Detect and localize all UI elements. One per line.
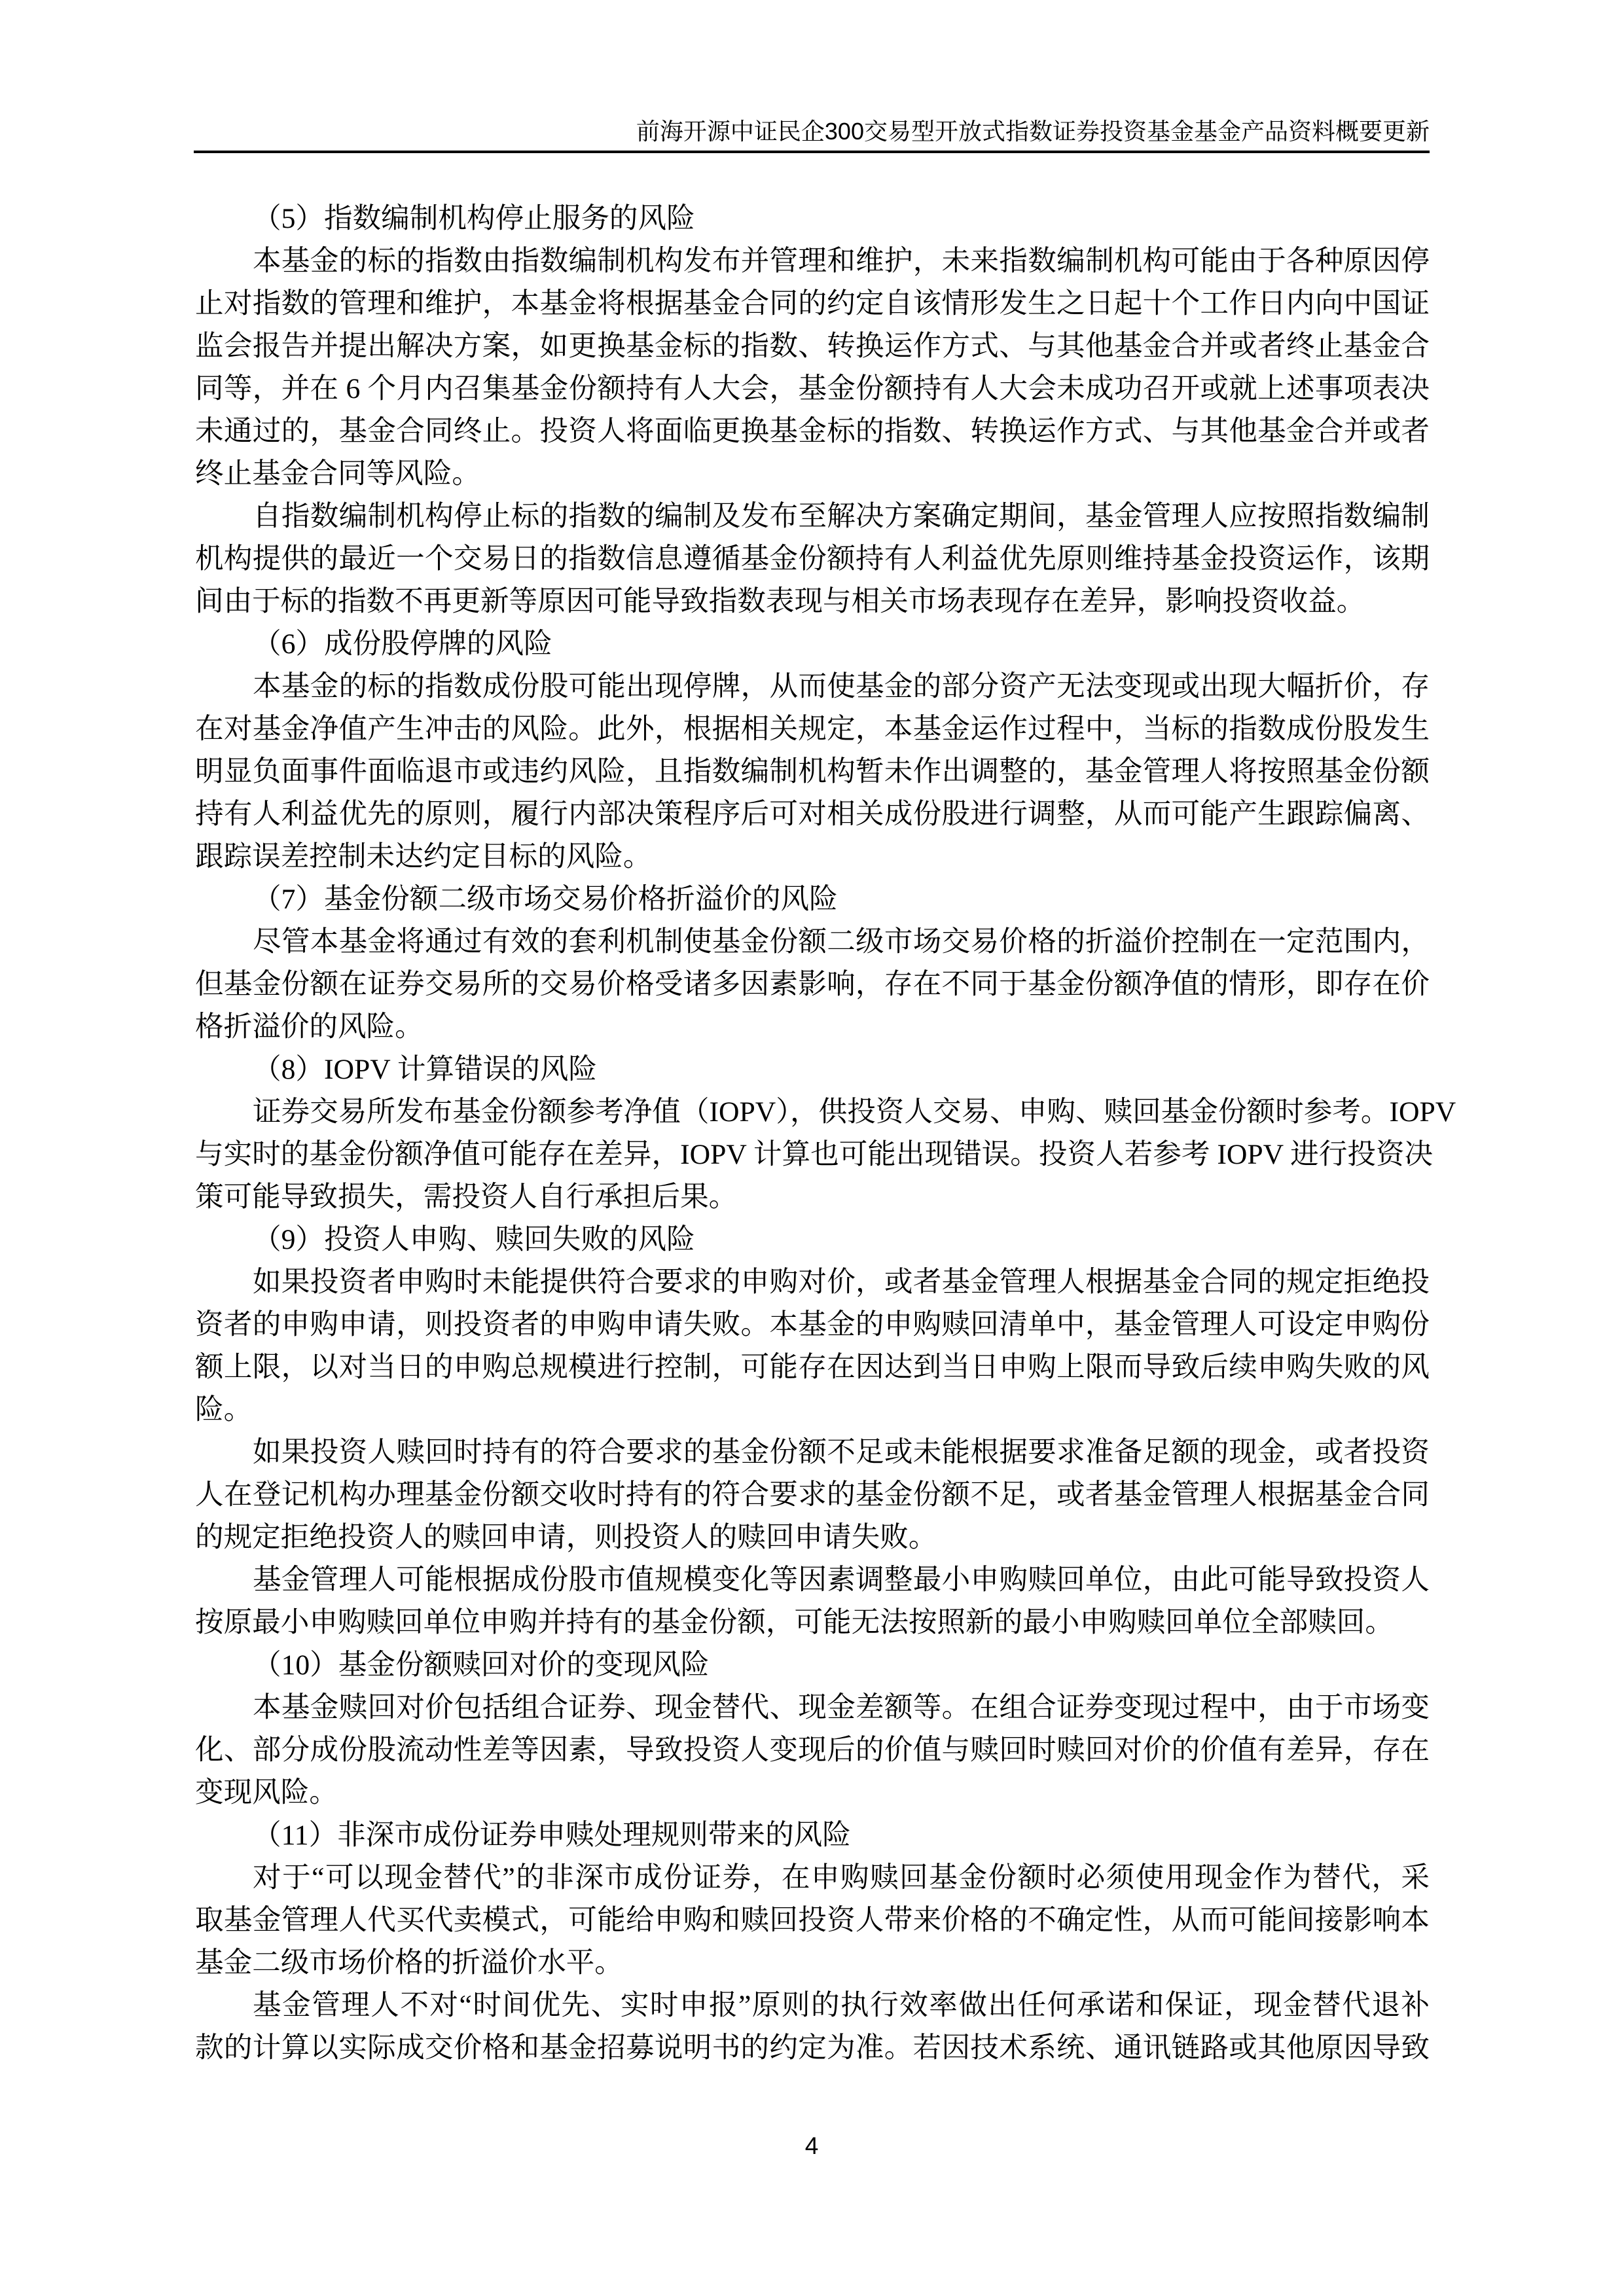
text-line: 跟踪误差控制未达约定目标的风险。 bbox=[195, 836, 1430, 878]
text-line: 取基金管理人代买代卖模式，可能给申购和赎回投资人带来价格的不确定性，从而可能间接… bbox=[195, 1899, 1430, 1942]
text-line: 基金二级市场价格的折溢价水平。 bbox=[195, 1942, 1430, 1984]
text-line: 与实时的基金份额净值可能存在差异，IOPV 计算也可能出现错误。投资人若参考 I… bbox=[195, 1134, 1430, 1176]
paragraph: 自指数编制机构停止标的指数的编制及发布至解决方案确定期间，基金管理人应按照指数编… bbox=[195, 495, 1430, 623]
header-rule bbox=[194, 151, 1430, 153]
paragraph: 本基金赎回对价包括组合证券、现金替代、现金差额等。在组合证券变现过程中，由于市场… bbox=[195, 1687, 1430, 1814]
text-line: 终止基金合同等风险。 bbox=[195, 453, 1430, 495]
section-heading-10: （10）基金份额赎回对价的变现风险 bbox=[195, 1644, 1430, 1687]
header-title-prefix: 前海开源中证民企 bbox=[636, 118, 825, 145]
paragraph: 证券交易所发布基金份额参考净值（IOPV），供投资人交易、申购、赎回基金份额时参… bbox=[195, 1091, 1430, 1219]
text-line: 险。 bbox=[195, 1389, 1430, 1431]
text-line: 化、部分成份股流动性差等因素，导致投资人变现后的价值与赎回时赎回对价的价值有差异… bbox=[195, 1729, 1430, 1772]
paragraph: 基金管理人不对“时间优先、实时申报”原则的执行效率做出任何承诺和保证，现金替代退… bbox=[195, 1984, 1430, 2070]
text-line: 监会报告并提出解决方案，如更换基金标的指数、转换运作方式、与其他基金合并或者终止… bbox=[195, 325, 1430, 368]
text-line: 资者的申购申请，则投资者的申购申请失败。本基金的申购赎回清单中，基金管理人可设定… bbox=[195, 1304, 1430, 1346]
paragraph: 基金管理人可能根据成份股市值规模变化等因素调整最小申购赎回单位，由此可能导致投资… bbox=[195, 1559, 1430, 1644]
text-line: 本基金的标的指数成份股可能出现停牌，从而使基金的部分资产无法变现或出现大幅折价，… bbox=[195, 666, 1430, 708]
paragraph: 尽管本基金将通过有效的套利机制使基金份额二级市场交易价格的折溢价控制在一定范围内… bbox=[195, 921, 1430, 1049]
text-line: 止对指数的管理和维护，本基金将根据基金合同的约定自该情形发生之日起十个工作日内向… bbox=[195, 283, 1430, 325]
text-line: 尽管本基金将通过有效的套利机制使基金份额二级市场交易价格的折溢价控制在一定范围内… bbox=[195, 921, 1430, 963]
paragraph: 如果投资人赎回时持有的符合要求的基金份额不足或未能根据要求准备足额的现金，或者投… bbox=[195, 1431, 1430, 1559]
text-line: 持有人利益优先的原则，履行内部决策程序后可对相关成份股进行调整，从而可能产生跟踪… bbox=[195, 793, 1430, 836]
section-heading-7: （7）基金份额二级市场交易价格折溢价的风险 bbox=[195, 878, 1430, 921]
section-heading-9: （9）投资人申购、赎回失败的风险 bbox=[195, 1219, 1430, 1261]
section-heading-8: （8）IOPV 计算错误的风险 bbox=[195, 1049, 1430, 1091]
text-line: 格折溢价的风险。 bbox=[195, 1006, 1430, 1049]
section-heading-11: （11）非深市成份证券申赎处理规则带来的风险 bbox=[195, 1814, 1430, 1857]
paragraph: 如果投资者申购时未能提供符合要求的申购对价，或者基金管理人根据基金合同的规定拒绝… bbox=[195, 1261, 1430, 1431]
text-line: 间由于标的指数不再更新等原因可能导致指数表现与相关市场表现存在差异，影响投资收益… bbox=[195, 581, 1430, 623]
text-line: 基金管理人不对“时间优先、实时申报”原则的执行效率做出任何承诺和保证，现金替代退… bbox=[195, 1984, 1430, 2027]
header-title-number: 300 bbox=[825, 118, 864, 145]
text-line: 人在登记机构办理基金份额交收时持有的符合要求的基金份额不足，或者基金管理人根据基… bbox=[195, 1474, 1430, 1516]
header-title-suffix: 交易型开放式指数证券投资基金基金产品资料概要更新 bbox=[864, 118, 1430, 145]
section-heading-6: （6）成份股停牌的风险 bbox=[195, 623, 1430, 666]
text-line: 如果投资者申购时未能提供符合要求的申购对价，或者基金管理人根据基金合同的规定拒绝… bbox=[195, 1261, 1430, 1304]
text-line: 同等，并在 6 个月内召集基金份额持有人大会，基金份额持有人大会未成功召开或就上… bbox=[195, 368, 1430, 410]
paragraph: 本基金的标的指数成份股可能出现停牌，从而使基金的部分资产无法变现或出现大幅折价，… bbox=[195, 666, 1430, 878]
text-line: 本基金的标的指数由指数编制机构发布并管理和维护，未来指数编制机构可能由于各种原因… bbox=[195, 240, 1430, 283]
text-line: 变现风险。 bbox=[195, 1772, 1430, 1814]
text-line: 额上限，以对当日的申购总规模进行控制，可能存在因达到当日申购上限而导致后续申购失… bbox=[195, 1346, 1430, 1389]
text-line: 款的计算以实际成交价格和基金招募说明书的约定为准。若因技术系统、通讯链路或其他原… bbox=[195, 2027, 1430, 2070]
paragraph: 本基金的标的指数由指数编制机构发布并管理和维护，未来指数编制机构可能由于各种原因… bbox=[195, 240, 1430, 495]
text-line: 在对基金净值产生冲击的风险。此外，根据相关规定，本基金运作过程中，当标的指数成份… bbox=[195, 708, 1430, 751]
text-line: 证券交易所发布基金份额参考净值（IOPV），供投资人交易、申购、赎回基金份额时参… bbox=[195, 1091, 1430, 1134]
text-line: 基金管理人可能根据成份股市值规模变化等因素调整最小申购赎回单位，由此可能导致投资… bbox=[195, 1559, 1430, 1602]
document-body: （5）指数编制机构停止服务的风险 本基金的标的指数由指数编制机构发布并管理和维护… bbox=[195, 198, 1430, 2070]
text-line: 如果投资人赎回时持有的符合要求的基金份额不足或未能根据要求准备足额的现金，或者投… bbox=[195, 1431, 1430, 1474]
text-line: 未通过的，基金合同终止。投资人将面临更换基金标的指数、转换运作方式、与其他基金合… bbox=[195, 410, 1430, 453]
text-line: 的规定拒绝投资人的赎回申请，则投资人的赎回申请失败。 bbox=[195, 1516, 1430, 1559]
text-line: 本基金赎回对价包括组合证券、现金替代、现金差额等。在组合证券变现过程中，由于市场… bbox=[195, 1687, 1430, 1729]
text-line: 机构提供的最近一个交易日的指数信息遵循基金份额持有人利益优先原则维持基金投资运作… bbox=[195, 538, 1430, 581]
running-header: 前海开源中证民企300交易型开放式指数证券投资基金基金产品资料概要更新 bbox=[194, 115, 1430, 148]
text-line: 自指数编制机构停止标的指数的编制及发布至解决方案确定期间，基金管理人应按照指数编… bbox=[195, 495, 1430, 538]
text-line: 明显负面事件面临退市或违约风险，且指数编制机构暂未作出调整的，基金管理人将按照基… bbox=[195, 751, 1430, 793]
section-heading-5: （5）指数编制机构停止服务的风险 bbox=[195, 198, 1430, 240]
text-line: 对于“可以现金替代”的非深市成份证券，在申购赎回基金份额时必须使用现金作为替代，… bbox=[195, 1857, 1430, 1899]
page-number: 4 bbox=[779, 2130, 844, 2162]
paragraph: 对于“可以现金替代”的非深市成份证券，在申购赎回基金份额时必须使用现金作为替代，… bbox=[195, 1857, 1430, 1984]
text-line: 策可能导致损失，需投资人自行承担后果。 bbox=[195, 1176, 1430, 1219]
text-line: 但基金份额在证券交易所的交易价格受诸多因素影响，存在不同于基金份额净值的情形，即… bbox=[195, 963, 1430, 1006]
text-line: 按原最小申购赎回单位申购并持有的基金份额，可能无法按照新的最小申购赎回单位全部赎… bbox=[195, 1602, 1430, 1644]
